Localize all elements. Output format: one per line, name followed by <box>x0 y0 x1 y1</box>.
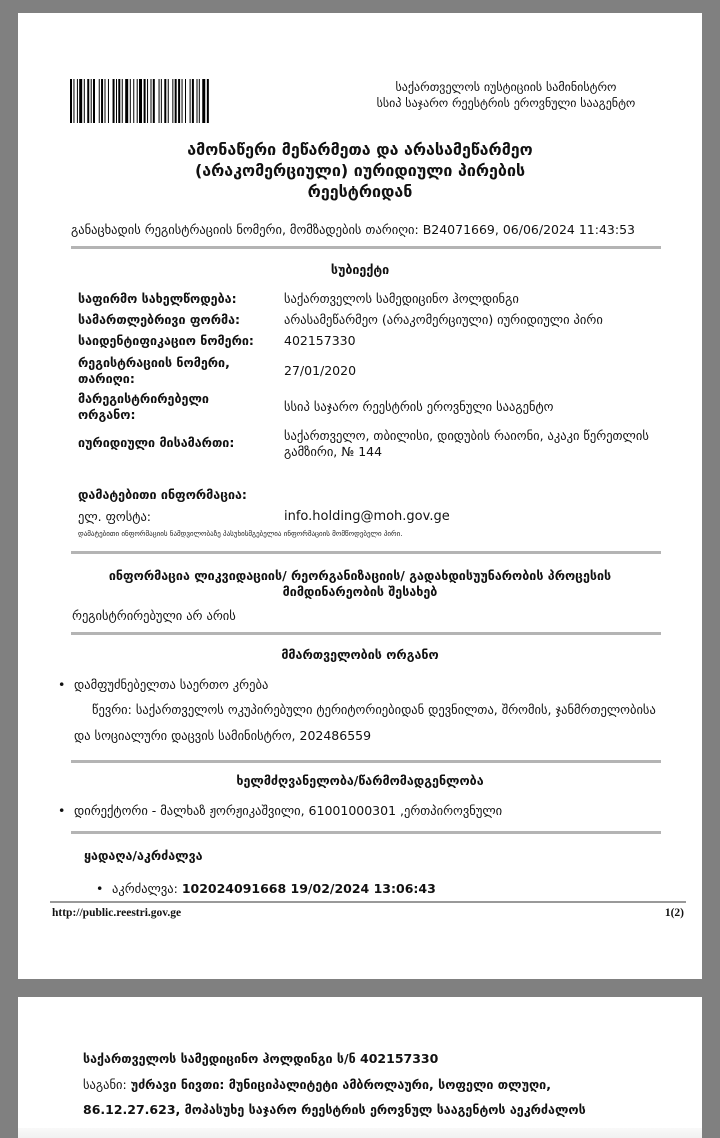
liquidation-status: რეგისტრირებული არ არის <box>72 608 236 624</box>
footer-divider <box>50 901 686 903</box>
document-title: ამონაწერი მეწარმეთა და არასამეწარმეო (არ… <box>18 139 702 202</box>
field-value: სსიპ საჯარო რეესტრის ეროვნული სააგენტო <box>284 399 654 415</box>
divider <box>71 632 661 635</box>
lien-label: აკრძალვა: <box>112 881 178 896</box>
application-info: განაცხადის რეგისტრაციის ნომერი, მომზადებ… <box>71 222 635 237</box>
object-line: საგანი: უძრავი ნივთი: მუნიციპალიტეტი ამბ… <box>83 1077 551 1093</box>
subject-heading: სუბიექტი <box>18 262 702 278</box>
list-item: დირექტორი - მალხაზ ჟორჟიკაშვილი, 6100100… <box>74 803 502 819</box>
object-line-cont: 86.12.27.623, მოპასუხე საჯარო რეესტრის ე… <box>83 1102 586 1118</box>
lien-value: 102024091668 19/02/2024 13:06:43 <box>182 881 436 896</box>
field-value: საქართველო, თბილისი, დიდუბის რაიონი, აკა… <box>284 428 664 460</box>
field-value: არასამეწარმეო (არაკომერციული) იურიდიული … <box>284 312 654 328</box>
field-value: საქართველოს სამედიცინო ჰოლდინგი <box>284 291 654 307</box>
field-value: 402157330 <box>284 333 654 349</box>
field-label: საიდენტიფიკაციო ნომერი: <box>78 333 278 349</box>
title-line: (არაკომერციული) იურიდიული პირების <box>18 160 702 181</box>
field-label: სამართლებრივი ფორმა: <box>78 312 278 328</box>
issuing-authority: საქართველოს იუსტიციის სამინისტრო სსიპ სა… <box>356 79 656 111</box>
heading-line: ინფორმაცია ლიკვიდაციის/ რეორგანიზაციის/ … <box>18 568 702 584</box>
field-value: 27/01/2020 <box>284 363 654 379</box>
list-item: აკრძალვა: 102024091668 19/02/2024 13:06:… <box>112 881 436 897</box>
divider <box>71 551 661 554</box>
divider <box>71 831 661 834</box>
member-info-cont: და სოციალური დაცვის სამინისტრო, 20248655… <box>74 728 371 744</box>
additional-info-heading: დამატებითი ინფორმაცია: <box>78 487 247 503</box>
ministry-name: საქართველოს იუსტიციის სამინისტრო <box>356 79 656 95</box>
field-label: ელ. ფოსტა: <box>78 509 278 525</box>
member-info: წევრი: საქართველოს ოკუპირებული ტერიტორიე… <box>92 702 656 718</box>
footer-url[interactable]: http://public.reestri.gov.ge <box>52 907 181 919</box>
agency-name: სსიპ საჯარო რეესტრის ეროვნული სააგენტო <box>356 95 656 111</box>
object-label: საგანი: <box>83 1077 127 1092</box>
object-value: უძრავი ნივთი: მუნიციპალიტეტი ამბროლაური,… <box>131 1077 551 1092</box>
heading-line: მიმდინარეობის შესახებ <box>18 584 702 600</box>
field-label: რეგისტრაციის ნომერი, თარიღი: <box>78 355 258 387</box>
subject-line: საქართველოს სამედიცინო ჰოლდინგი ს/ნ 4021… <box>83 1051 438 1067</box>
page-number: 1(2) <box>665 907 684 919</box>
divider <box>71 246 661 249</box>
list-item: დამფუძნებელთა საერთო კრება <box>74 677 268 693</box>
divider <box>71 760 661 763</box>
email-link[interactable]: info.holding@moh.gov.ge <box>284 509 654 525</box>
document-page-1: საქართველოს იუსტიციის სამინისტრო სსიპ სა… <box>18 13 702 979</box>
title-line: ამონაწერი მეწარმეთა და არასამეწარმეო <box>18 139 702 160</box>
title-line: რეესტრიდან <box>18 181 702 202</box>
liquidation-heading: ინფორმაცია ლიკვიდაციის/ რეორგანიზაციის/ … <box>18 568 702 600</box>
scroll-fade <box>18 1128 702 1138</box>
management-heading: ხელმძღვანელობა/წარმომადგენლობა <box>18 773 702 789</box>
disclaimer: დამატებითი ინფორმაციის ნამდვილობაზე პასუ… <box>78 530 402 538</box>
document-page-2: საქართველოს სამედიცინო ჰოლდინგი ს/ნ 4021… <box>18 997 702 1138</box>
field-label: მარეგისტრირებელი ორგანო: <box>78 391 228 423</box>
lien-heading: ყადაღა/აკრძალვა <box>84 848 203 864</box>
field-label: საფირმო სახელწოდება: <box>78 291 278 307</box>
barcode-icon <box>70 79 252 123</box>
governing-body-heading: მმართველობის ორგანო <box>18 647 702 663</box>
field-label: იურიდიული მისამართი: <box>78 435 278 451</box>
